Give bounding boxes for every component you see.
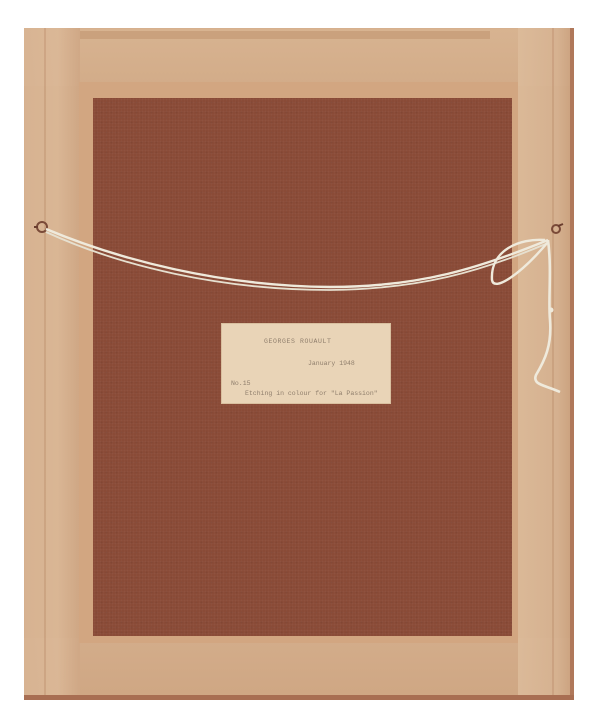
- eye-hook-right-icon: [552, 224, 563, 233]
- eye-hook-left-icon: [34, 222, 47, 232]
- hanging-cord: [0, 0, 600, 724]
